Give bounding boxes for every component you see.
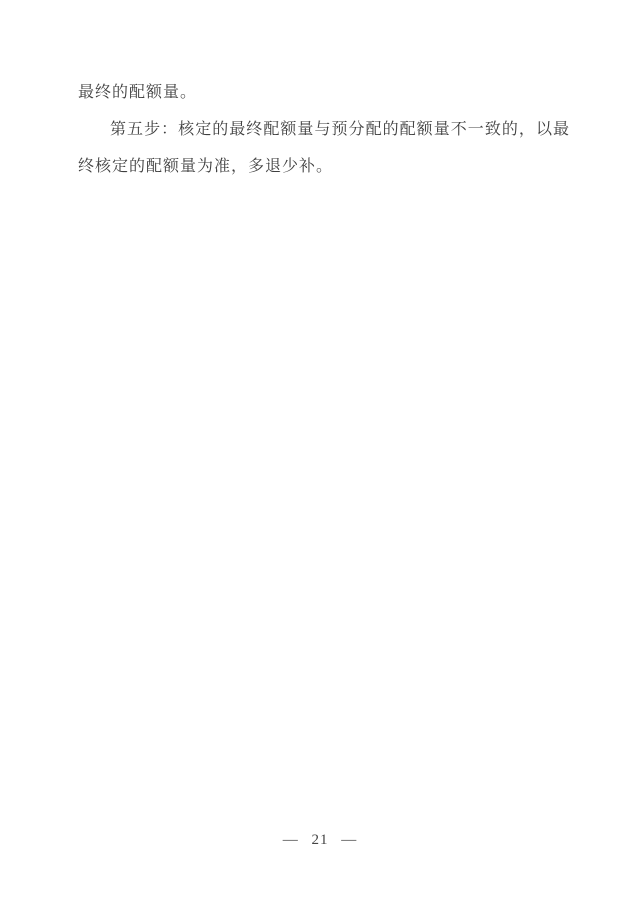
- paragraph-continuation: 最终的配额量。: [78, 74, 570, 111]
- page-number: — 21 —: [283, 832, 358, 848]
- paragraph-step5: 第五步：核定的最终配额量与预分配的配额量不一致的，以最终核定的配额量为准，多退少…: [78, 111, 570, 185]
- page-footer: — 21 —: [0, 832, 640, 849]
- document-page: 最终的配额量。 第五步：核定的最终配额量与预分配的配额量不一致的，以最终核定的配…: [0, 0, 640, 905]
- document-text-block: 最终的配额量。 第五步：核定的最终配额量与预分配的配额量不一致的，以最终核定的配…: [78, 74, 570, 185]
